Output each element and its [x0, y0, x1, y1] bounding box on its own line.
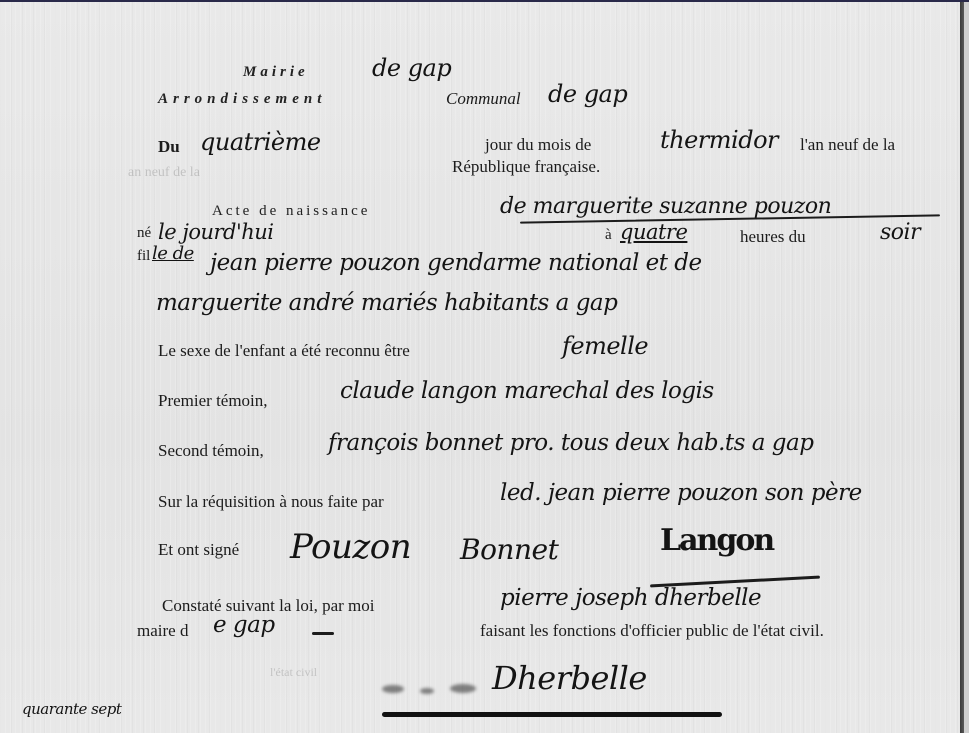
hour-handwritten: quatre — [620, 222, 687, 243]
arrondissement-label: Arrondissement — [158, 92, 326, 107]
second-temoin-label: Second témoin, — [158, 442, 264, 459]
communal-label: Communal — [446, 90, 521, 107]
signature-2: Bonnet — [460, 536, 558, 564]
signature-3: Langon — [660, 526, 773, 556]
ink-dash — [312, 632, 334, 635]
acte-title: Acte de naissance — [212, 204, 370, 219]
maire-handwritten: e gap — [213, 614, 275, 637]
sexe-label: Le sexe de l'enfant a été reconnu être — [158, 342, 410, 359]
fils-handwritten: le de — [152, 245, 194, 263]
bleed-through-text: l'état civil — [270, 665, 317, 680]
mairie-handwritten: de gap — [372, 56, 451, 80]
mother-handwritten: marguerite andré mariés habitants a gap — [156, 292, 617, 315]
premier-temoin-handwritten: claude langon marechal des logis — [340, 380, 714, 403]
scan-edge — [964, 2, 969, 733]
signe-label: Et ont signé — [158, 541, 239, 558]
sexe-handwritten: femelle — [562, 334, 648, 358]
ne-label: né — [137, 226, 151, 241]
page-edge-shadow — [960, 2, 964, 733]
second-temoin-handwritten: françois bonnet pro. tous deux hab.ts a … — [328, 432, 813, 455]
a-label: à — [605, 228, 612, 243]
ne-handwritten: le jourd'hui — [158, 222, 274, 243]
signature-1: Pouzon — [290, 530, 411, 564]
ink-smudge — [420, 688, 434, 694]
republique-label: République française. — [452, 158, 600, 175]
signature-underline — [382, 712, 722, 717]
document-page: an neuf de la l'état civil Mairie de gap… — [0, 0, 969, 733]
ink-smudge — [382, 685, 404, 693]
soir-handwritten: soir — [880, 222, 920, 244]
fils-label: fil — [137, 249, 150, 264]
maire-label: maire d — [137, 622, 188, 639]
premier-temoin-label: Premier témoin, — [158, 392, 268, 409]
officer-handwritten: pierre joseph dherbelle — [500, 587, 761, 610]
fonctions-label: faisant les fonctions d'officier public … — [480, 622, 824, 639]
mayor-signature: Dherbelle — [492, 662, 647, 694]
an-neuf-label: l'an neuf de la — [800, 136, 895, 153]
margin-note: quarante sept — [22, 702, 121, 717]
father-handwritten: jean pierre pouzon gendarme national et … — [210, 252, 702, 275]
communal-handwritten: de gap — [548, 82, 627, 106]
du-label: Du — [158, 138, 180, 155]
mairie-label: Mairie — [243, 65, 309, 80]
child-name-handwritten: de marguerite suzanne pouzon — [500, 196, 831, 218]
ink-smudge — [450, 684, 476, 693]
heures-du-label: heures du — [740, 228, 806, 245]
month-handwritten: thermidor — [660, 128, 778, 152]
requisition-handwritten: led. jean pierre pouzon son père — [500, 482, 862, 505]
bleed-through-text: an neuf de la — [128, 165, 200, 181]
requisition-label: Sur la réquisition à nous faite par — [158, 493, 384, 510]
day-handwritten: quatrième — [200, 130, 321, 154]
jour-du-mois-label: jour du mois de — [485, 136, 591, 153]
